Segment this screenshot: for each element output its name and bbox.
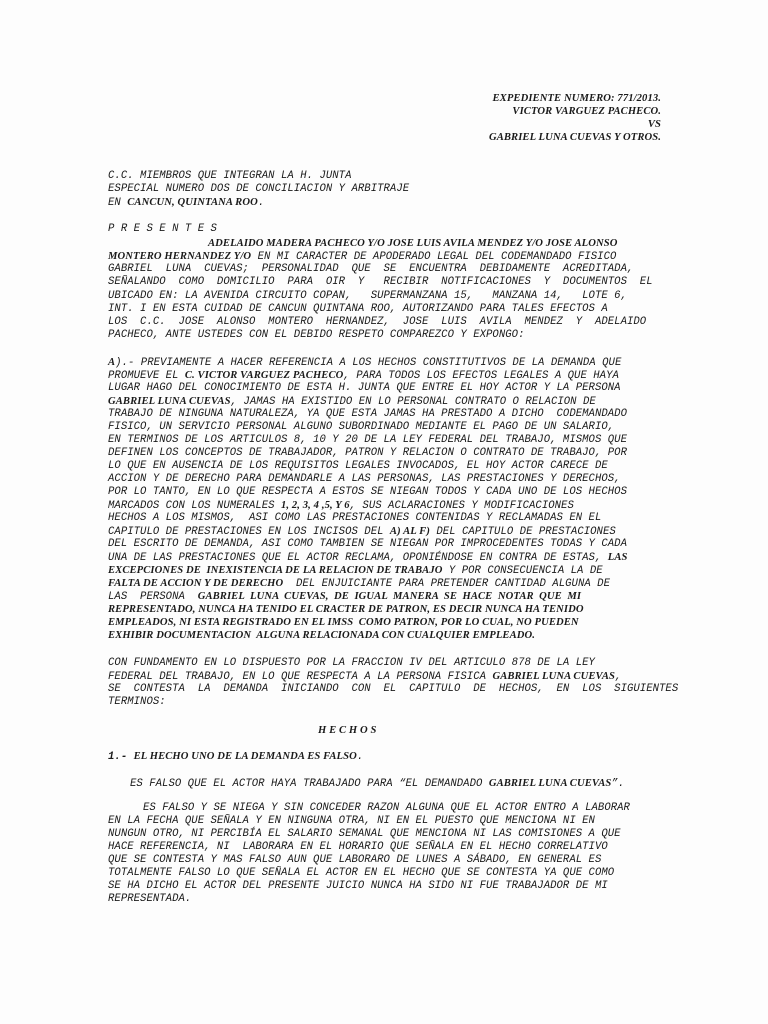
versus-label: VS — [648, 118, 661, 131]
addressee-line-2: ESPECIAL NUMERO DOS DE CONCILIACION Y AR… — [108, 183, 409, 196]
hecho-number: 1.- — [108, 751, 134, 763]
section-a-line-7: EN TERMINOS DE LOS ARTICULOS 8, 10 Y 20 … — [108, 434, 627, 447]
defendant-bold: GABRIEL LUNA CUEVAS — [492, 671, 615, 682]
defendant-bold: GABRIEL LUNA CUEVAS — [489, 778, 612, 789]
addressee-suffix: . — [258, 197, 264, 209]
hecho-1-p2-line-2: EN LA FECHA QUE SEÑALA Y EN NINGUNA OTRA… — [108, 815, 595, 828]
plaintiff-name: VICTOR VARGUEZ PACHECO. — [512, 105, 661, 118]
section-a-line-22: EXHIBIR DOCUMENTACION ALGUNA RELACIONADA… — [108, 629, 535, 642]
intro-names-cont: MONTERO HERNANDEZ Y/O — [108, 251, 251, 262]
hecho-1-p2-line-3: NUNGUN OTRO, NI PERCIBÍA EL SALARIO SEMA… — [108, 828, 621, 841]
hecho-1-p2-line-4: HACE REFERENCIA, NI LABORARA EN EL HORAR… — [108, 841, 608, 854]
text: LAS PERSONA — [108, 591, 198, 603]
defendant-name: GABRIEL LUNA CUEVAS Y OTROS. — [489, 131, 661, 144]
section-a-line-15: DEL ESCRITO DE DEMANDA, ASI COMO TAMBIEN… — [108, 538, 627, 551]
text: MARCADOS CON LOS NUMERALES — [108, 500, 281, 512]
text: UNA DE LAS PRESTACIONES QUE EL ACTOR REC… — [108, 552, 608, 564]
text: CAPITULO DE PRESTACIONES EN LOS INCISOS … — [108, 526, 390, 538]
addressee-location: CANCUN, QUINTANA ROO — [127, 197, 258, 208]
hecho-title-bold: EL HECHO UNO DE LA DEMANDA ES FALSO — [134, 751, 357, 762]
section-a-line-8: DEFINEN LOS CONCEPTOS DE TRABAJADOR, PAT… — [108, 447, 627, 460]
addressee-line-3: EN CANCUN, QUINTANA ROO. — [108, 196, 264, 210]
text: PROMUEVE EL — [108, 370, 185, 382]
text: DEL CAPITULO DE PRESTACIONES — [430, 526, 616, 538]
hecho-1-p2-line-7: SE HA DICHO EL ACTOR DEL PRESENTE JUICIO… — [108, 880, 608, 893]
falta-accion-bold: FALTA DE ACCION Y DE DERECHO — [108, 578, 283, 589]
hechos-heading: H E C H O S — [318, 724, 377, 737]
plaintiff-bold: C. VICTOR VARGUEZ PACHECO — [185, 370, 344, 381]
fundamento-line-1: CON FUNDAMENTO EN LO DISPUESTO POR LA FR… — [108, 657, 595, 670]
section-a-line-10: ACCION Y DE DERECHO PARA DEMANDARLE A LA… — [108, 473, 621, 486]
section-a-line-9: LO QUE EN AUSENCIA DE LOS REQUISITOS LEG… — [108, 460, 608, 473]
hecho-1-p2-line-1: ES FALSO Y SE NIEGA Y SIN CONCEDER RAZON… — [143, 802, 630, 815]
bold-text: GABRIEL LUNA CUEVAS, DE IGUAL MANERA SE … — [198, 591, 581, 602]
fundamento-line-4: TERMINOS: — [108, 696, 166, 709]
text: ES FALSO QUE EL ACTOR HAYA TRABAJADO PAR… — [130, 778, 489, 790]
section-a-text: ).- PREVIAMENTE A HACER REFERENCIA A LOS… — [115, 357, 621, 369]
section-a-line-20: REPRESENTADO, NUNCA HA TENIDO EL CRACTER… — [108, 603, 584, 616]
incisos-bold: A) AL F) — [390, 526, 430, 537]
text: . — [357, 751, 363, 763]
intro-line-8: PACHECO, ANTE USTEDES CON EL DEBIDO RESP… — [108, 329, 524, 342]
text: DEL ENJUICIANTE PARA PRETENDER CANTIDAD … — [283, 578, 610, 590]
text: , JAMAS HA EXISTIDO EN LO PERSONAL CONTR… — [231, 396, 596, 408]
hecho-1-p2-line-8: REPRESENTADA. — [108, 893, 191, 906]
addressee-line-1: C.C. MIEMBROS QUE INTEGRAN LA H. JUNTA — [108, 170, 351, 183]
section-a-line-6: FISICO, UN SERVICIO PERSONAL ALGUNO SUBO… — [108, 421, 614, 434]
hecho-1-title: 1.- EL HECHO UNO DE LA DEMANDA ES FALSO. — [108, 750, 363, 764]
section-a-line-11: POR LO TANTO, EN LO QUE RESPECTA A ESTOS… — [108, 486, 627, 499]
hecho-1-p2-line-5: QUE SE CONTESTA Y MAS FALSO AUN QUE LABO… — [108, 854, 601, 867]
section-a-line-21: EMPLEADOS, NI ESTA REGISTRADO EN EL IMSS… — [108, 616, 579, 629]
document-page: EXPEDIENTE NUMERO: 771/2013. VICTOR VARG… — [0, 0, 768, 1024]
case-number: EXPEDIENTE NUMERO: 771/2013. — [493, 92, 662, 105]
text: Y POR CONSECUENCIA LA DE — [443, 565, 603, 577]
hecho-1-p2-line-6: TOTALMENTE FALSO LO QUE SEÑALA EL ACTOR … — [108, 867, 614, 880]
addressee-prefix: EN — [108, 197, 127, 209]
exceptions-bold: EXCEPCIONES DE INEXISTENCIA DE LA RELACI… — [108, 565, 443, 576]
intro-text: EN MI CARACTER DE APODERADO LEGAL DEL CO… — [251, 251, 616, 263]
text: ”. — [611, 778, 624, 790]
intro-line-3: GABRIEL LUNA CUEVAS; PERSONALIDAD QUE SE… — [108, 263, 633, 276]
presentes-heading: P R E S E N T E S — [108, 223, 217, 236]
text: , SUS ACLARACIONES Y MODIFICACIONES — [350, 500, 574, 512]
intro-line-1: ADELAIDO MADERA PACHECO Y/O JOSE LUIS AV… — [208, 237, 617, 250]
section-a-line-5: TRABAJO DE NINGUNA NATURALEZA, YA QUE ES… — [108, 408, 627, 421]
intro-line-5: UBICADO EN: LA AVENIDA CIRCUITO COPAN, S… — [108, 290, 627, 303]
bold-text: LAS — [608, 552, 628, 563]
intro-line-6: INT. I EN ESTA CUIDAD DE CANCUN QUINTANA… — [108, 303, 608, 316]
defendant-bold: GABRIEL LUNA CUEVAS — [108, 396, 231, 407]
text: , PARA TODOS LOS EFECTOS LEGALES A QUE H… — [343, 370, 619, 382]
numerals-bold: 1, 2, 3, 4 ,5, Y 6 — [281, 500, 350, 511]
text: , — [615, 671, 621, 683]
text: FEDERAL DEL TRABAJO, EN LO QUE RESPECTA … — [108, 671, 492, 683]
fundamento-line-3: SE CONTESTA LA DEMANDA INICIANDO CON EL … — [108, 683, 678, 696]
hecho-1-paragraph-1: ES FALSO QUE EL ACTOR HAYA TRABAJADO PAR… — [130, 777, 624, 791]
intro-line-4: SEÑALANDO COMO DOMICILIO PARA OIR Y RECI… — [108, 276, 653, 289]
intro-line-7: LOS C.C. JOSE ALONSO MONTERO HERNANDEZ, … — [108, 316, 646, 329]
section-a-line-3: LUGAR HAGO DEL CONOCIMIENTO DE ESTA H. J… — [108, 382, 621, 395]
section-a-line-13: HECHOS A LOS MISMOS, ASI COMO LAS PRESTA… — [108, 512, 601, 525]
